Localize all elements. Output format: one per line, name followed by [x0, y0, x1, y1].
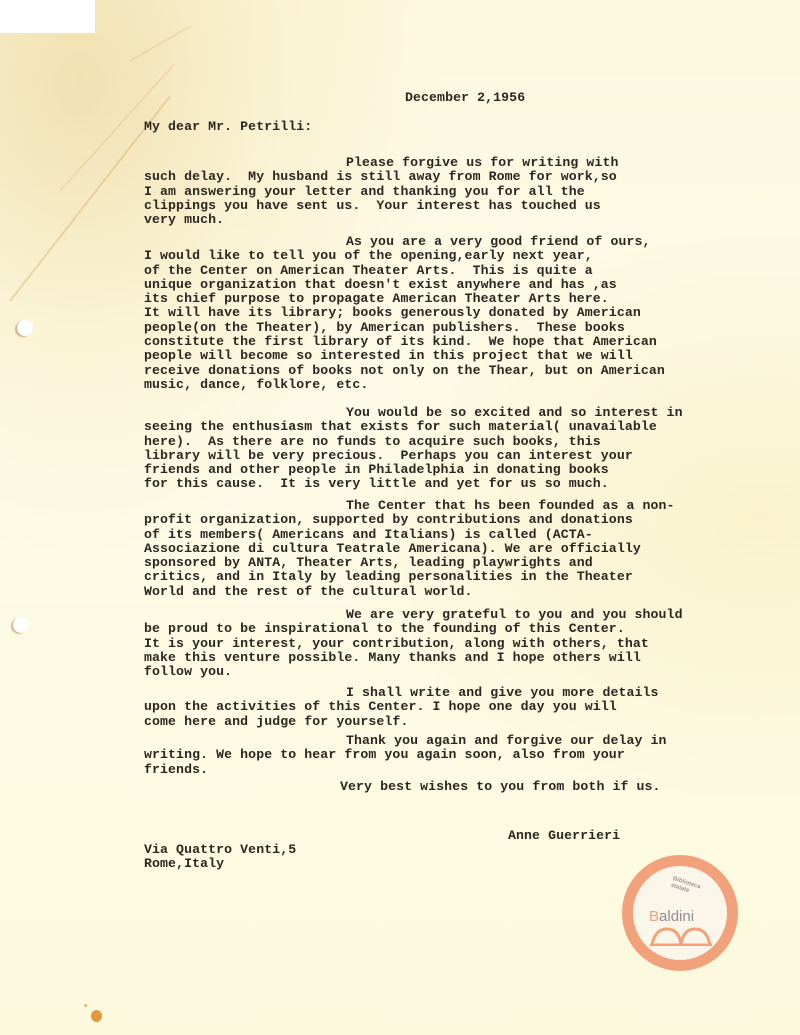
paragraph-7: Thank you again and forgive our delay in…: [144, 734, 764, 777]
paragraph-line: here). As there are no funds to acquire …: [144, 435, 764, 449]
paragraph-line: I would like to tell you of the opening,…: [144, 249, 764, 263]
paragraph-line: Thank you again and forgive our delay in: [144, 734, 764, 748]
paragraph-line: We are very grateful to you and you shou…: [144, 608, 764, 622]
paragraph-line: make this venture possible. Many thanks …: [144, 651, 764, 665]
paragraph-4: The Center that hs been founded as a non…: [144, 499, 764, 599]
paragraph-line: The Center that hs been founded as a non…: [144, 499, 764, 513]
paragraph-line: It will have its library; books generous…: [144, 306, 764, 320]
paragraph-line: receive donations of books not only on t…: [144, 364, 764, 378]
paragraph-line: be proud to be inspirational to the foun…: [144, 622, 764, 636]
paragraph-line: clippings you have sent us. Your interes…: [144, 199, 764, 213]
paragraph-line: seeing the enthusiasm that exists for su…: [144, 420, 764, 434]
stamp-initial: B: [649, 908, 659, 925]
paragraph-line: It is your interest, your contribution, …: [144, 637, 764, 651]
letter-closing: Very best wishes to you from both if us.: [340, 780, 661, 794]
paragraph-line: profit organization, supported by contri…: [144, 513, 764, 527]
paragraph-line: music, dance, folklore, etc.: [144, 378, 764, 392]
paragraph-line: writing. We hope to hear from you again …: [144, 748, 764, 762]
paragraph-line: World and the rest of the cultural world…: [144, 585, 764, 599]
stamp-small-text: Biblioteca statale: [670, 876, 702, 898]
paragraph-6: I shall write and give you more details …: [144, 686, 764, 729]
paragraph-line: sponsored by ANTA, Theater Arts, leading…: [144, 556, 764, 570]
paragraph-line: very much.: [144, 213, 764, 227]
paragraph-line: for this cause. It is very little and ye…: [144, 477, 764, 491]
open-book-icon: [649, 926, 713, 946]
paragraph-line: I am answering your letter and thanking …: [144, 185, 764, 199]
paragraph-line: You would be so excited and so interest …: [144, 406, 764, 420]
paragraph-line: of the Center on American Theater Arts. …: [144, 264, 764, 278]
paragraph-line: I shall write and give you more details: [144, 686, 764, 700]
paragraph-line: constitute the first library of its kind…: [144, 335, 764, 349]
paragraph-line: such delay. My husband is still away fro…: [144, 170, 764, 184]
paragraph-line: friends.: [144, 763, 764, 777]
paragraph-line: As you are a very good friend of ours,: [144, 235, 764, 249]
stamp-name: Baldini: [649, 908, 694, 925]
paragraph-line: people(on the Theater), by American publ…: [144, 321, 764, 335]
paragraph-line: critics, and in Italy by leading persona…: [144, 570, 764, 584]
paragraph-line: library will be very precious. Perhaps y…: [144, 449, 764, 463]
paragraph-3: You would be so excited and so interest …: [144, 406, 764, 492]
paragraph-line: Associazione di cultura Teatrale America…: [144, 542, 764, 556]
paragraph-line: people will become so interested in this…: [144, 349, 764, 363]
paragraph-line: come here and judge for yourself.: [144, 715, 764, 729]
address-line-2: Rome,Italy: [144, 857, 224, 871]
library-stamp: Biblioteca statale Baldini: [622, 855, 738, 971]
paragraph-line: follow you.: [144, 665, 764, 679]
letter-date: December 2,1956: [405, 91, 525, 105]
paragraph-line: friends and other people in Philadelphia…: [144, 463, 764, 477]
paragraph-line: Please forgive us for writing with: [144, 156, 764, 170]
paragraph-1: Please forgive us for writing with such …: [144, 156, 764, 227]
paragraph-line: upon the activities of this Center. I ho…: [144, 700, 764, 714]
letter-salutation: My dear Mr. Petrilli:: [144, 120, 312, 134]
paragraph-2: As you are a very good friend of ours, I…: [144, 235, 764, 392]
stamp-name-rest: aldini: [659, 908, 694, 925]
letter-signature: Anne Guerrieri: [508, 829, 620, 843]
paragraph-line: its chief purpose to propagate American …: [144, 292, 764, 306]
paragraph-5: We are very grateful to you and you shou…: [144, 608, 764, 679]
address-line-1: Via Quattro Venti,5: [144, 843, 296, 857]
paragraph-line: of its members( Americans and Italians) …: [144, 528, 764, 542]
paragraph-line: unique organization that doesn't exist a…: [144, 278, 764, 292]
